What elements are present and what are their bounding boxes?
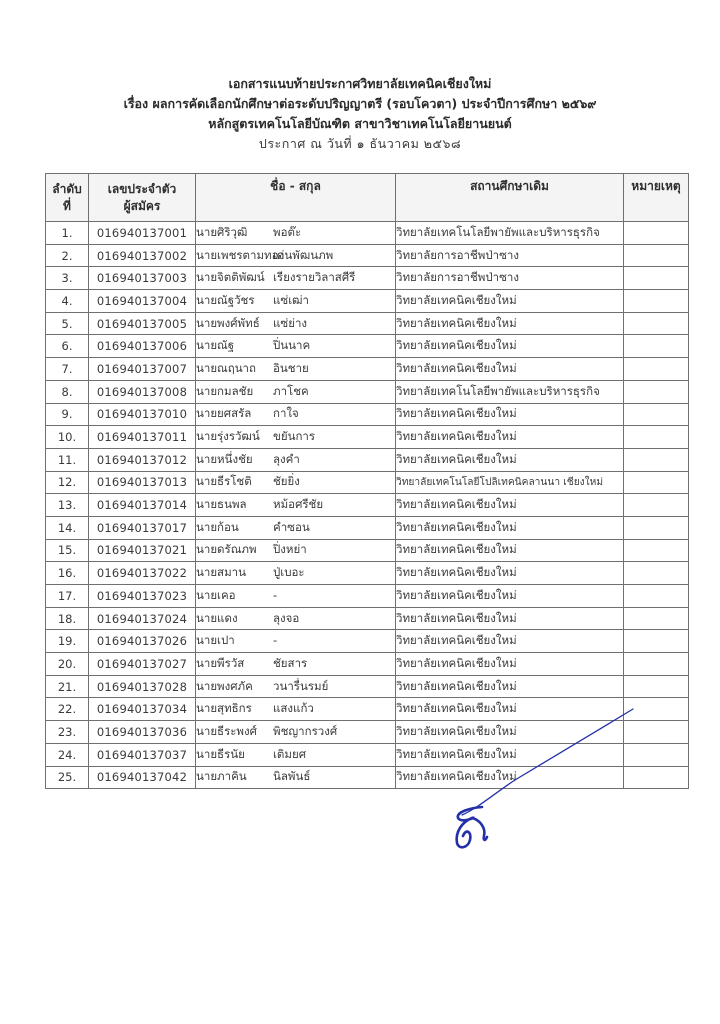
table-row: 1.016940137001นายศิริวุฒิพอต๊ะวิทยาลัยเท… [46, 222, 689, 245]
row-full-name: นายณฤนาถอินชาย [196, 358, 396, 381]
column-header-applicant-id: เลขประจำตัว ผู้สมัคร [89, 174, 196, 222]
row-full-name: นายธีรโชติชัยยิ่ง [196, 471, 396, 494]
row-applicant-id: 016940137004 [89, 290, 196, 313]
row-remark [624, 267, 689, 290]
row-previous-school: วิทยาลัยเทคนิคเชียงใหม่ [396, 335, 624, 358]
column-header-previous-school: สถานศึกษาเดิม [396, 174, 624, 222]
row-order: 19. [46, 630, 89, 653]
row-applicant-id: 016940137007 [89, 358, 196, 381]
row-remark [624, 653, 689, 676]
row-applicant-id: 016940137013 [89, 471, 196, 494]
row-order: 5. [46, 312, 89, 335]
table-row: 18.016940137024นายแดงลุงจอวิทยาลัยเทคนิค… [46, 607, 689, 630]
row-previous-school: วิทยาลัยเทคนิคเชียงใหม่ [396, 743, 624, 766]
row-remark [624, 403, 689, 426]
row-remark [624, 743, 689, 766]
row-remark [624, 358, 689, 381]
column-header-order: ลำดับ ที่ [46, 174, 89, 222]
table-row: 9.016940137010นายยศสรัลกาใจวิทยาลัยเทคนิ… [46, 403, 689, 426]
row-applicant-id: 016940137037 [89, 743, 196, 766]
table-header-row: ลำดับ ที่ เลขประจำตัว ผู้สมัคร ชื่อ - สก… [46, 174, 689, 222]
table-row: 25.016940137042นายภาคินนิลพันธ์วิทยาลัยเ… [46, 766, 689, 789]
row-remark [624, 335, 689, 358]
row-last-name: แซ่เฒ่า [273, 292, 309, 310]
table-row: 13.016940137014นายธนพลหม้อศรีชัยวิทยาลัย… [46, 494, 689, 517]
row-order: 25. [46, 766, 89, 789]
table-row: 24.016940137037นายธีรนัยเติมยศวิทยาลัยเท… [46, 743, 689, 766]
row-order: 4. [46, 290, 89, 313]
row-first-name: นายพงศภัค [196, 678, 273, 696]
row-order: 7. [46, 358, 89, 381]
row-previous-school: วิทยาลัยเทคนิคเชียงใหม่ [396, 630, 624, 653]
row-last-name: แสงแก้ว [273, 700, 314, 718]
column-header-order-line2: ที่ [46, 198, 88, 215]
row-previous-school: วิทยาลัยเทคโนโลยีพายัพและบริหารธุรกิจ [396, 222, 624, 245]
row-full-name: นายธนพลหม้อศรีชัย [196, 494, 396, 517]
table-row: 16.016940137022นายสมานปู่เบอะวิทยาลัยเทค… [46, 562, 689, 585]
row-order: 3. [46, 267, 89, 290]
table-row: 11.016940137012นายหนึ่งชัยลุงคำวิทยาลัยเ… [46, 448, 689, 471]
row-applicant-id: 016940137006 [89, 335, 196, 358]
row-full-name: นายจิตติพัฒน์เรียงรายวิลาสศีรี [196, 267, 396, 290]
row-first-name: นายธีรนัย [196, 746, 273, 764]
row-remark [624, 471, 689, 494]
row-previous-school: วิทยาลัยเทคนิคเชียงใหม่ [396, 675, 624, 698]
row-applicant-id: 016940137028 [89, 675, 196, 698]
row-order: 13. [46, 494, 89, 517]
row-last-name: ปิ่นนาค [273, 337, 310, 355]
row-order: 20. [46, 653, 89, 676]
row-first-name: นายแดง [196, 610, 273, 628]
table-body: 1.016940137001นายศิริวุฒิพอต๊ะวิทยาลัยเท… [46, 222, 689, 789]
row-first-name: นายจิตติพัฒน์ [196, 269, 273, 287]
row-remark [624, 516, 689, 539]
row-last-name: เด่นพัฒนภพ [273, 247, 333, 265]
row-remark [624, 222, 689, 245]
row-applicant-id: 016940137034 [89, 698, 196, 721]
row-remark [624, 562, 689, 585]
row-order: 21. [46, 675, 89, 698]
row-full-name: นายณัฐปิ่นนาค [196, 335, 396, 358]
row-last-name: - [273, 633, 277, 647]
row-previous-school: วิทยาลัยเทคนิคเชียงใหม่ [396, 290, 624, 313]
row-previous-school: วิทยาลัยเทคโนโลยีโปลิเทคนิคลานนา เชียงให… [396, 471, 624, 494]
row-previous-school: วิทยาลัยเทคนิคเชียงใหม่ [396, 562, 624, 585]
row-full-name: นายดรัณภพปิ่งหย่า [196, 539, 396, 562]
row-previous-school: วิทยาลัยการอาชีพป่าซาง [396, 267, 624, 290]
row-applicant-id: 016940137003 [89, 267, 196, 290]
row-first-name: นายเคอ [196, 587, 273, 605]
row-first-name: นายณัฐ [196, 337, 273, 355]
row-previous-school: วิทยาลัยเทคนิคเชียงใหม่ [396, 698, 624, 721]
row-remark [624, 698, 689, 721]
row-last-name: ชัยสาร [273, 655, 307, 673]
column-header-applicant-id-line1: เลขประจำตัว [89, 181, 195, 198]
row-applicant-id: 016940137017 [89, 516, 196, 539]
row-first-name: นายรุ่งรวัฒน์ [196, 428, 273, 446]
row-first-name: นายก้อน [196, 519, 273, 537]
row-full-name: นายธีรนัยเติมยศ [196, 743, 396, 766]
table-row: 3.016940137003นายจิตติพัฒน์เรียงรายวิลาส… [46, 267, 689, 290]
row-order: 18. [46, 607, 89, 630]
row-first-name: นายสุทธิกร [196, 700, 273, 718]
row-remark [624, 630, 689, 653]
row-applicant-id: 016940137005 [89, 312, 196, 335]
row-last-name: ภาโชค [273, 383, 309, 401]
row-order: 12. [46, 471, 89, 494]
row-remark [624, 244, 689, 267]
row-order: 6. [46, 335, 89, 358]
table-row: 15.016940137021นายดรัณภพปิ่งหย่าวิทยาลัย… [46, 539, 689, 562]
row-remark [624, 607, 689, 630]
table-row: 4.016940137004นายณัฐวัชรแซ่เฒ่าวิทยาลัยเ… [46, 290, 689, 313]
row-full-name: นายพงศภัควนารื่นรมย์ [196, 675, 396, 698]
row-previous-school: วิทยาลัยเทคนิคเชียงใหม่ [396, 516, 624, 539]
signature-stroke-glyph [457, 807, 487, 847]
selection-results-table: ลำดับ ที่ เลขประจำตัว ผู้สมัคร ชื่อ - สก… [45, 173, 689, 789]
row-last-name: หม้อศรีชัย [273, 496, 323, 514]
row-last-name: ชัยยิ่ง [273, 473, 300, 491]
row-previous-school: วิทยาลัยเทคนิคเชียงใหม่ [396, 403, 624, 426]
column-header-order-line1: ลำดับ [46, 181, 88, 198]
row-order: 22. [46, 698, 89, 721]
row-applicant-id: 016940137022 [89, 562, 196, 585]
row-last-name: นิลพันธ์ [273, 768, 310, 786]
row-applicant-id: 016940137001 [89, 222, 196, 245]
row-previous-school: วิทยาลัยเทคนิคเชียงใหม่ [396, 607, 624, 630]
table-row: 22.016940137034นายสุทธิกรแสงแก้ววิทยาลัย… [46, 698, 689, 721]
row-applicant-id: 016940137002 [89, 244, 196, 267]
row-order: 16. [46, 562, 89, 585]
table-row: 19.016940137026นายเปา-วิทยาลัยเทคนิคเชีย… [46, 630, 689, 653]
row-applicant-id: 016940137023 [89, 585, 196, 608]
row-order: 1. [46, 222, 89, 245]
row-first-name: นายพีรวัส [196, 655, 273, 673]
row-applicant-id: 016940137014 [89, 494, 196, 517]
table-row: 8.016940137008นายกมลชัยภาโชควิทยาลัยเทคโ… [46, 380, 689, 403]
row-applicant-id: 016940137012 [89, 448, 196, 471]
header-subject: เรื่อง ผลการคัดเลือกนักศึกษาต่อระดับปริญ… [0, 94, 720, 114]
row-remark [624, 448, 689, 471]
row-order: 17. [46, 585, 89, 608]
row-first-name: นายเปา [196, 632, 273, 650]
row-last-name: ลุงจอ [273, 610, 299, 628]
row-previous-school: วิทยาลัยเทคนิคเชียงใหม่ [396, 539, 624, 562]
row-last-name: วนารื่นรมย์ [273, 678, 328, 696]
row-last-name: พิชญากรวงศ์ [273, 723, 337, 741]
row-first-name: นายกมลชัย [196, 383, 273, 401]
row-full-name: นายเพชรตามทองเด่นพัฒนภพ [196, 244, 396, 267]
table-row: 5.016940137005นายพงศ์พัทธ์แซ่ย่างวิทยาลั… [46, 312, 689, 335]
header-program: หลักสูตรเทคโนโลยีบัณฑิต สาขาวิชาเทคโนโลย… [0, 114, 720, 134]
column-header-applicant-id-line2: ผู้สมัคร [89, 198, 195, 215]
table-row: 23.016940137036นายธีระพงศ์พิชญากรวงศ์วิท… [46, 721, 689, 744]
row-remark [624, 539, 689, 562]
row-previous-school: วิทยาลัยเทคนิคเชียงใหม่ [396, 653, 624, 676]
row-remark [624, 721, 689, 744]
row-applicant-id: 016940137036 [89, 721, 196, 744]
column-header-remark: หมายเหตุ [624, 174, 689, 222]
row-full-name: นายเคอ- [196, 585, 396, 608]
announcement-date: ประกาศ ณ วันที่ ๑ ธันวาคม ๒๕๖๘ [0, 134, 720, 154]
row-full-name: นายสุทธิกรแสงแก้ว [196, 698, 396, 721]
row-full-name: นายก้อนคำซอน [196, 516, 396, 539]
table-row: 10.016940137011นายรุ่งรวัฒน์ขยันการวิทยา… [46, 426, 689, 449]
row-last-name: แซ่ย่าง [273, 315, 307, 333]
row-full-name: นายเปา- [196, 630, 396, 653]
column-header-name: ชื่อ - สกุล [196, 174, 396, 222]
row-first-name: นายหนึ่งชัย [196, 451, 273, 469]
table-row: 7.016940137007นายณฤนาถอินชายวิทยาลัยเทคน… [46, 358, 689, 381]
row-last-name: ปิ่งหย่า [273, 541, 307, 559]
row-full-name: นายพงศ์พัทธ์แซ่ย่าง [196, 312, 396, 335]
row-remark [624, 675, 689, 698]
row-applicant-id: 016940137010 [89, 403, 196, 426]
row-order: 24. [46, 743, 89, 766]
row-full-name: นายกมลชัยภาโชค [196, 380, 396, 403]
row-last-name: อินชาย [273, 360, 309, 378]
row-previous-school: วิทยาลัยเทคนิคเชียงใหม่ [396, 358, 624, 381]
row-order: 2. [46, 244, 89, 267]
row-previous-school: วิทยาลัยเทคนิคเชียงใหม่ [396, 448, 624, 471]
row-first-name: นายณฤนาถ [196, 360, 273, 378]
table-row: 14.016940137017นายก้อนคำซอนวิทยาลัยเทคนิ… [46, 516, 689, 539]
row-previous-school: วิทยาลัยเทคนิคเชียงใหม่ [396, 426, 624, 449]
row-last-name: - [273, 588, 277, 602]
row-applicant-id: 016940137021 [89, 539, 196, 562]
row-last-name: กาใจ [273, 405, 299, 423]
header-title: เอกสารแนบท้ายประกาศวิทยาลัยเทคนิคเชียงให… [0, 74, 720, 94]
row-previous-school: วิทยาลัยเทคนิคเชียงใหม่ [396, 766, 624, 789]
row-full-name: นายหนึ่งชัยลุงคำ [196, 448, 396, 471]
row-previous-school: วิทยาลัยการอาชีพป่าซาง [396, 244, 624, 267]
row-order: 8. [46, 380, 89, 403]
table-row: 12.016940137013นายธีรโชติชัยยิ่งวิทยาลัย… [46, 471, 689, 494]
row-applicant-id: 016940137042 [89, 766, 196, 789]
row-full-name: นายภาคินนิลพันธ์ [196, 766, 396, 789]
row-order: 14. [46, 516, 89, 539]
row-full-name: นายธีระพงศ์พิชญากรวงศ์ [196, 721, 396, 744]
row-order: 23. [46, 721, 89, 744]
row-first-name: นายเพชรตามทอง [196, 247, 273, 265]
row-last-name: เรียงรายวิลาสศีรี [273, 269, 355, 287]
row-first-name: นายธีระพงศ์ [196, 723, 273, 741]
row-order: 10. [46, 426, 89, 449]
row-applicant-id: 016940137027 [89, 653, 196, 676]
row-applicant-id: 016940137024 [89, 607, 196, 630]
row-applicant-id: 016940137008 [89, 380, 196, 403]
row-last-name: พอต๊ะ [273, 224, 301, 242]
row-remark [624, 585, 689, 608]
row-first-name: นายพงศ์พัทธ์ [196, 315, 273, 333]
row-full-name: นายพีรวัสชัยสาร [196, 653, 396, 676]
row-applicant-id: 016940137011 [89, 426, 196, 449]
row-order: 11. [46, 448, 89, 471]
table-row: 20.016940137027นายพีรวัสชัยสารวิทยาลัยเท… [46, 653, 689, 676]
row-full-name: นายสมานปู่เบอะ [196, 562, 396, 585]
row-remark [624, 766, 689, 789]
row-first-name: นายภาคิน [196, 768, 273, 786]
table-row: 21.016940137028นายพงศภัควนารื่นรมย์วิทยา… [46, 675, 689, 698]
row-previous-school: วิทยาลัยเทคนิคเชียงใหม่ [396, 721, 624, 744]
row-first-name: นายดรัณภพ [196, 541, 273, 559]
document-header: เอกสารแนบท้ายประกาศวิทยาลัยเทคนิคเชียงให… [0, 74, 720, 154]
row-last-name: ขยันการ [273, 428, 315, 446]
row-last-name: ปู่เบอะ [273, 564, 305, 582]
row-applicant-id: 016940137026 [89, 630, 196, 653]
table-row: 2.016940137002นายเพชรตามทองเด่นพัฒนภพวิท… [46, 244, 689, 267]
row-first-name: นายสมาน [196, 564, 273, 582]
row-full-name: นายศิริวุฒิพอต๊ะ [196, 222, 396, 245]
row-previous-school: วิทยาลัยเทคนิคเชียงใหม่ [396, 585, 624, 608]
row-full-name: นายแดงลุงจอ [196, 607, 396, 630]
row-remark [624, 494, 689, 517]
row-remark [624, 290, 689, 313]
row-first-name: นายธนพล [196, 496, 273, 514]
row-previous-school: วิทยาลัยเทคนิคเชียงใหม่ [396, 494, 624, 517]
row-remark [624, 312, 689, 335]
row-last-name: คำซอน [273, 519, 310, 537]
row-order: 15. [46, 539, 89, 562]
row-order: 9. [46, 403, 89, 426]
table-row: 6.016940137006นายณัฐปิ่นนาควิทยาลัยเทคนิ… [46, 335, 689, 358]
row-last-name: ลุงคำ [273, 451, 300, 469]
row-last-name: เติมยศ [273, 746, 306, 764]
table-row: 17.016940137023นายเคอ-วิทยาลัยเทคนิคเชีย… [46, 585, 689, 608]
row-previous-school: วิทยาลัยเทคนิคเชียงใหม่ [396, 312, 624, 335]
row-first-name: นายธีรโชติ [196, 473, 273, 491]
row-full-name: นายยศสรัลกาใจ [196, 403, 396, 426]
row-full-name: นายรุ่งรวัฒน์ขยันการ [196, 426, 396, 449]
row-full-name: นายณัฐวัชรแซ่เฒ่า [196, 290, 396, 313]
row-previous-school: วิทยาลัยเทคโนโลยีพายัพและบริหารธุรกิจ [396, 380, 624, 403]
row-first-name: นายศิริวุฒิ [196, 224, 273, 242]
row-first-name: นายณัฐวัชร [196, 292, 273, 310]
row-first-name: นายยศสรัล [196, 405, 273, 423]
row-remark [624, 380, 689, 403]
row-remark [624, 426, 689, 449]
